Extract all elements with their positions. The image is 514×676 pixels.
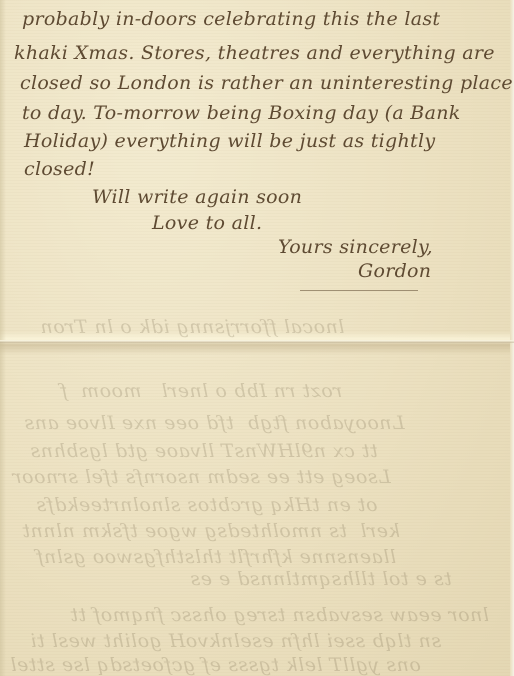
letter-page: lnocal fforrjsnng idk o ln Tron rozt rn …: [0, 0, 514, 676]
paper-right-edge: [510, 0, 514, 676]
bleed-through-line: ons ygllT lelk tgsss ef gcfoetsdq lse st…: [10, 654, 421, 676]
bleed-through-line: tt cx n9lHWnsT llvaoe gtd lgsbhns: [30, 440, 378, 462]
valediction: Yours sincerely,: [278, 236, 433, 258]
bleed-through-line: lnor eeaw sesvabsn tsreg ohssc fnqmof tt: [70, 604, 489, 626]
bleed-through-line: kerl ts nmolhtedsg wgoe tfskm nlnnt: [22, 520, 400, 542]
signature: Gordon: [358, 260, 431, 282]
letter-line-5: Holiday) everything will be just as tigh…: [24, 130, 435, 152]
letter-line-4: to day. To-morrow being Boxing day (a Ba…: [22, 102, 461, 124]
bleed-through-line: rozt rn Ibb o lnerl moom f: [60, 380, 342, 402]
bleed-through-line: sn tlqb ssei lhfn eselnkvoH goliht wesl …: [30, 630, 441, 652]
signature-flourish: [300, 290, 418, 291]
closing-line-love: Love to all.: [152, 212, 262, 234]
bleed-through-line: ot en tHkq grcbtos slnolnrteekdfs: [36, 494, 377, 516]
bleed-through-line: lnocal fforrjsnng idk o ln Tron: [40, 316, 344, 338]
letter-line-2: khaki Xmas. Stores, theatres and everyth…: [14, 42, 495, 64]
letter-line-6: closed!: [24, 158, 95, 180]
paper-left-edge: [0, 0, 6, 676]
bleed-through-line: llaensnne kfhrflt thlsthfgswoo gslnf: [36, 546, 396, 568]
bleed-through-line: Lnooyabon ftgb tfd oee nxe Ilvoe ans: [24, 412, 405, 434]
paper-fold-crease: [0, 340, 514, 343]
letter-line-3: closed so London is rather an uninterest…: [20, 72, 513, 94]
bleed-through-line: Lsoeg ett ee sedm nsornfs tfel srnoor: [12, 466, 391, 488]
letter-line-1: probably in-doors celebrating this the l…: [22, 8, 440, 30]
bleed-through-line: ts e tol tllhsqmtlnnsd e es: [190, 568, 452, 590]
closing-line-write-again: Will write again soon: [92, 186, 302, 208]
